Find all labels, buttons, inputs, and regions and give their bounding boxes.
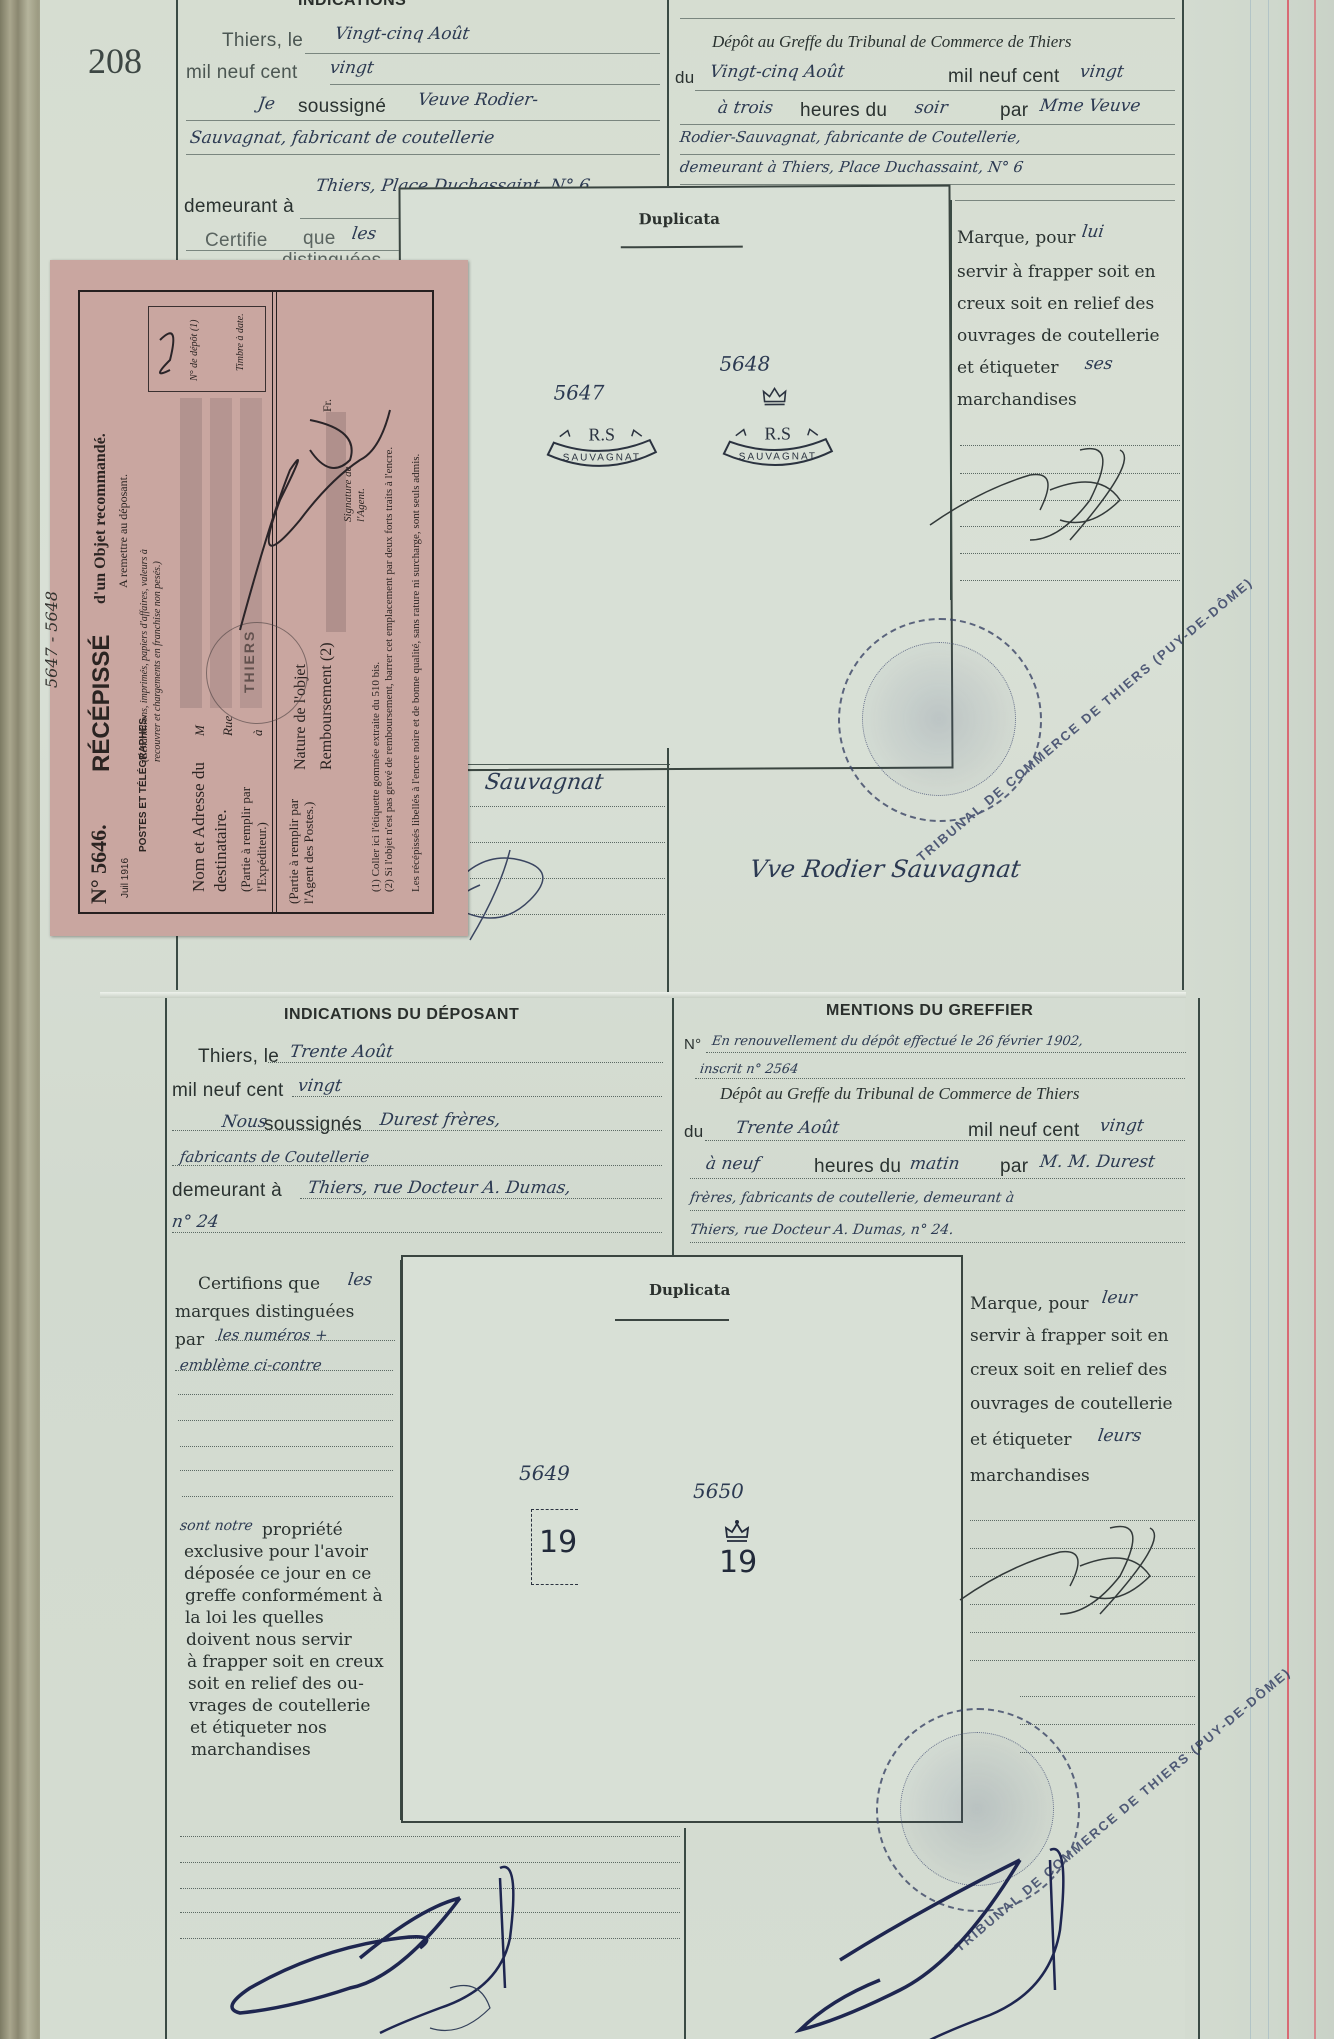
svg-text:SAUVAGNAT: SAUVAGNAT — [739, 451, 817, 462]
du-label: du — [675, 68, 695, 88]
field-m: M — [192, 725, 208, 736]
marque-line6: marchandises — [957, 390, 1077, 410]
rule — [305, 53, 660, 54]
recepisse-partie-expediteur: (Partie à remplir par l'Expéditeur.) — [238, 762, 270, 892]
bottom-center-border — [672, 998, 674, 1260]
recepisse-number: N° 5646. — [86, 824, 112, 904]
dotted-rule — [690, 1210, 1185, 1211]
profession-value: Sauvagnat, fabricant de coutellerie — [189, 128, 496, 148]
par-label: par — [175, 1330, 204, 1350]
date-value: Vingt-cinq Août — [334, 24, 471, 44]
marque-line2: servir à frapper soit en — [957, 262, 1156, 282]
certifions-label: Certifions que — [198, 1274, 320, 1294]
propriete-line: vrages de coutellerie — [189, 1696, 370, 1716]
greffier-line5: Thiers, rue Docteur A. Dumas, n° 24. — [689, 1222, 955, 1238]
soussignes-value: Durest frères, — [379, 1110, 502, 1130]
dotted-rule — [268, 1062, 663, 1063]
durest-signature-icon — [200, 1838, 620, 2039]
date-value: Trente Août — [289, 1042, 395, 1062]
demeurant-label: demeurant à — [172, 1180, 282, 1202]
par-label: par — [1000, 1156, 1028, 1178]
marque-pour-label: Marque, pour — [957, 228, 1076, 248]
mil-neuf-cent-label: mil neuf cent — [186, 62, 298, 84]
thiers-le-label: Thiers, le — [222, 30, 303, 52]
recepisse-remettre: A remettre au déposant. — [116, 474, 131, 588]
greffier-line4: frères, fabricants de coutellerie, demeu… — [689, 1190, 1015, 1206]
signature-divider — [684, 1828, 686, 2039]
banner-text: SAUVAGNAT — [563, 452, 641, 463]
dotted-rule — [690, 1242, 1185, 1243]
dotted-rule — [215, 1340, 395, 1341]
nous-prefix: Nous — [221, 1112, 269, 1132]
par-value-2: emblème ci-contre — [179, 1356, 323, 1374]
dotted-rule — [182, 1496, 393, 1497]
propriete-line: doivent nous servir — [186, 1630, 352, 1650]
je-prefix: Je — [257, 94, 277, 114]
rule — [695, 90, 1175, 91]
recepisse-nom-adresse: Nom et Adresse du destinataire. — [188, 762, 232, 892]
par-value: Mme Veuve — [1039, 96, 1142, 116]
marque-line5-hw: leurs — [1097, 1426, 1143, 1446]
year-value: vingt — [329, 58, 376, 78]
dotted-rule — [1020, 1724, 1195, 1725]
rule — [186, 154, 660, 155]
mark-number-5649: 5649 — [519, 1461, 570, 1485]
greffier-signature-icon — [920, 430, 1160, 554]
propriete-line: et étiqueter nos — [190, 1718, 327, 1738]
depot-title: Dépôt au Greffe du Tribunal de Commerce … — [712, 32, 1071, 52]
certifie-que: que — [303, 228, 336, 250]
mark-19: 19 — [539, 1525, 577, 1560]
top-entry-header: INDICATIONS — [298, 0, 406, 10]
margin-red-line-2 — [1314, 0, 1316, 2039]
svg-text:R.S: R.S — [764, 423, 791, 443]
propriete-line: exclusive pour l'avoir — [184, 1542, 368, 1562]
marque-line3: creux soit en relief des — [957, 294, 1154, 314]
heures-prefix: à trois — [717, 98, 775, 118]
marque-pour-hw: lui — [1081, 222, 1106, 242]
title-underline — [621, 246, 743, 249]
mark-number-5650: 5650 — [693, 1479, 744, 1503]
mil-label: mil neuf cent — [968, 1120, 1080, 1142]
par-value: M. M. Durest — [1039, 1152, 1157, 1172]
bottom-right-border — [1198, 998, 1200, 2039]
paper-fold — [100, 992, 1186, 998]
marque-pour-hw: leur — [1101, 1288, 1138, 1308]
crown-icon — [762, 385, 788, 411]
rs-sauvagnat-crown-mark: R.S SAUVAGNAT — [718, 419, 838, 474]
heures-value: matin — [909, 1154, 961, 1174]
du-value: Vingt-cinq Août — [709, 62, 846, 82]
duplicata-title: Duplicata — [639, 210, 720, 228]
du-label: du — [684, 1122, 704, 1142]
recepisse-slip: N° 5646. Juil 1916 POSTES ET TÉLÉGRAPHES… — [50, 260, 468, 936]
mark-number-5648: 5648 — [719, 352, 770, 376]
demeurant-label: demeurant à — [184, 196, 294, 218]
propriete-line: marchandises — [191, 1740, 311, 1760]
marque-pour-label: Marque, pour — [970, 1294, 1089, 1314]
dotted-rule — [690, 1178, 1185, 1179]
propriete-line: la loi les quelles — [185, 1608, 324, 1628]
mark-19-crowned: 19 — [719, 1545, 757, 1580]
dotted-rule — [1020, 1696, 1195, 1697]
soussigne-value: Veuve Rodier- — [417, 90, 540, 110]
dotted-rule — [292, 1096, 662, 1097]
soussignes-label: soussignés — [264, 1114, 362, 1136]
recepisse-title: RÉCÉPISSÉ — [88, 635, 116, 772]
rs-sauvagnat-mark: R.S SAUVAGNAT — [542, 420, 662, 475]
dotted-rule — [180, 1836, 680, 1837]
duplicata-title: Duplicata — [649, 1281, 730, 1299]
heures-label: heures du — [814, 1156, 901, 1178]
rule — [680, 18, 1175, 19]
svg-text:R.S: R.S — [588, 424, 615, 444]
marque-line5: et étiqueter — [970, 1430, 1072, 1450]
year-value: vingt — [297, 1076, 344, 1096]
recepisse-partie-agent: (Partie à remplir par l'Agent des Postes… — [286, 784, 316, 904]
propriete-line: soit en relief des ou- — [188, 1674, 364, 1694]
certifie-handwritten: les — [351, 224, 378, 244]
dotted-rule — [970, 1660, 1195, 1661]
rule — [186, 120, 660, 121]
mil-value: vingt — [1099, 1116, 1146, 1136]
dotted-rule — [695, 1078, 1185, 1079]
mil-label: mil neuf cent — [948, 66, 1060, 88]
address-number: n° 24 — [171, 1212, 220, 1232]
duplicata-box-bottom: Duplicata 5649 19 5650 19 — [401, 1255, 963, 1823]
mil-value: vingt — [1079, 62, 1126, 82]
recepisse-subtitle: d'un Objet recommandé. — [92, 433, 110, 604]
dotted-rule — [300, 1198, 662, 1199]
title-underline — [615, 1319, 729, 1321]
soussigne-label: soussigné — [298, 96, 386, 118]
dotted-rule — [172, 1130, 662, 1131]
signature-sauvagnat: Sauvagnat — [483, 770, 605, 795]
field-a: à — [250, 730, 266, 737]
margin-blue-line — [1250, 0, 1251, 2039]
du-value: Trente Août — [735, 1118, 841, 1138]
bottom-left-border — [165, 998, 167, 2039]
rule — [955, 200, 1175, 201]
greffier-header: MENTIONS DU GREFFIER — [826, 1002, 1033, 1020]
remboursement-label: Remboursement (2) — [318, 642, 336, 770]
propriete-line: greffe conformément à — [185, 1586, 383, 1606]
deposant-header: INDICATIONS DU DÉPOSANT — [284, 1006, 519, 1024]
propriete-hw: sont notre — [179, 1518, 254, 1534]
greffier-signature-icon — [950, 1510, 1190, 1624]
dotted-rule — [172, 1165, 662, 1166]
right-column-border — [1182, 0, 1184, 990]
no-value: En renouvellement du dépôt effectué le 2… — [711, 1034, 1084, 1049]
greffier-line5: demeurant à Thiers, Place Duchassaint, N… — [679, 158, 1025, 176]
durest-signature-icon-2 — [720, 1830, 1140, 2039]
margin-red-line — [1287, 0, 1289, 2039]
heures-value: soir — [914, 98, 949, 118]
marque-line4: ouvrages de coutellerie — [970, 1394, 1173, 1414]
heures-label: heures du — [800, 100, 887, 122]
propriete-line: à frapper soit en creux — [187, 1652, 384, 1672]
marque-line5: et étiqueter — [957, 358, 1059, 378]
heures-prefix: à neuf — [705, 1154, 762, 1174]
mil-neuf-cent-label: mil neuf cent — [172, 1080, 284, 1102]
recepisse-date-stamp: Juil 1916 — [120, 858, 131, 898]
tribunal-seal-icon: TRIBUNAL DE COMMERCE DE THIERS (PUY-DE-D… — [838, 618, 1042, 822]
dotted-rule — [178, 1420, 393, 1421]
rule — [680, 154, 1175, 155]
dotted-rule — [706, 1052, 1186, 1053]
rule — [680, 124, 1175, 125]
marques-distinguees-label: marques distinguées — [175, 1302, 354, 1322]
par-label: par — [1000, 100, 1028, 122]
marque-line4: ouvrages de coutellerie — [957, 326, 1160, 346]
dotted-rule — [960, 580, 1180, 581]
center-column-border-top — [667, 0, 669, 200]
dotted-rule — [180, 1446, 393, 1447]
greffier-line4: Rodier-Sauvagnat, fabricante de Coutelle… — [679, 128, 1023, 146]
rule — [330, 84, 660, 85]
dotted-rule — [970, 1632, 1195, 1633]
profession-value: fabricants de Coutellerie — [179, 1148, 371, 1166]
dotted-rule — [705, 1140, 1185, 1141]
margin-blue-line-2 — [1268, 0, 1269, 2039]
address-value: Thiers, rue Docteur A. Dumas, — [307, 1178, 573, 1198]
dotted-rule — [180, 1470, 393, 1471]
no-label: N° — [684, 1036, 701, 1053]
propriete-line: propriété — [262, 1520, 343, 1540]
thiers-le-label: Thiers, le — [198, 1046, 279, 1068]
recepisse-handwritten-ref: 5647 - 5648 — [42, 591, 61, 688]
marque-line2: servir à frapper soit en — [970, 1326, 1169, 1346]
marque-line5-hw: ses — [1084, 354, 1114, 374]
par-value: les numéros + — [217, 1326, 329, 1344]
propriete-line: déposée ce jour en ce — [184, 1564, 371, 1584]
dotted-rule — [470, 806, 665, 807]
dotted-rule — [175, 1370, 393, 1371]
no-value-2: inscrit n° 2564 — [699, 1062, 799, 1077]
certifions-hw: les — [347, 1270, 374, 1290]
certifie-label: Certifie — [205, 230, 268, 252]
marque-line3: creux soit en relief des — [970, 1360, 1167, 1380]
dotted-rule — [178, 1394, 393, 1395]
center-column-border-mid — [667, 748, 669, 993]
page-number: 208 — [88, 40, 142, 82]
mark-number-5647: 5647 — [553, 380, 604, 404]
marque-line6: marchandises — [970, 1466, 1090, 1486]
recepisse-signature-icon — [130, 300, 430, 660]
depot-title: Dépôt au Greffe du Tribunal de Commerce … — [720, 1084, 1079, 1104]
dotted-rule — [172, 1232, 662, 1233]
signature-vve-rodier: Vve Rodier Sauvagnat — [748, 855, 1022, 883]
